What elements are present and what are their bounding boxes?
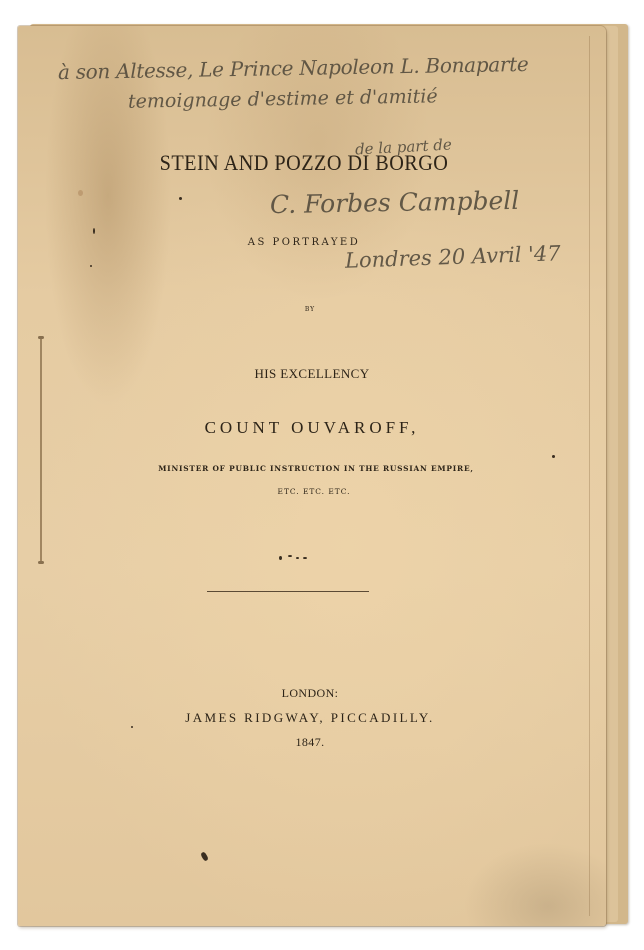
- book-title: STEIN AND POZZO DI BORGO: [8, 150, 600, 176]
- foxing-spot: [93, 228, 95, 234]
- by-line: BY: [0, 306, 632, 313]
- book-subtitle: AS PORTRAYED: [0, 237, 626, 248]
- inscription-signature: C. Forbes Campbell: [270, 186, 520, 219]
- author-etc: ETC. ETC. ETC.: [0, 487, 636, 496]
- author-honorific: HIS EXCELLENCY: [0, 366, 634, 382]
- printer-ornament-icon: [277, 553, 317, 561]
- author-name: COUNT OUVAROFF,: [0, 418, 634, 438]
- foxing-spot: [552, 455, 555, 458]
- horizontal-rule: [207, 591, 369, 592]
- imprint-city: LONDON:: [0, 686, 632, 701]
- author-role: MINISTER OF PUBLIC INSTRUCTION IN THE RU…: [0, 464, 638, 473]
- foxing-spot: [131, 726, 133, 728]
- foxing-spot: [78, 190, 83, 196]
- foxing-spot: [90, 265, 92, 267]
- foxing-spot: [179, 197, 182, 200]
- imprint-publisher: JAMES RIDGWAY, PICCADILLY.: [0, 710, 632, 726]
- imprint-year: 1847.: [0, 735, 632, 750]
